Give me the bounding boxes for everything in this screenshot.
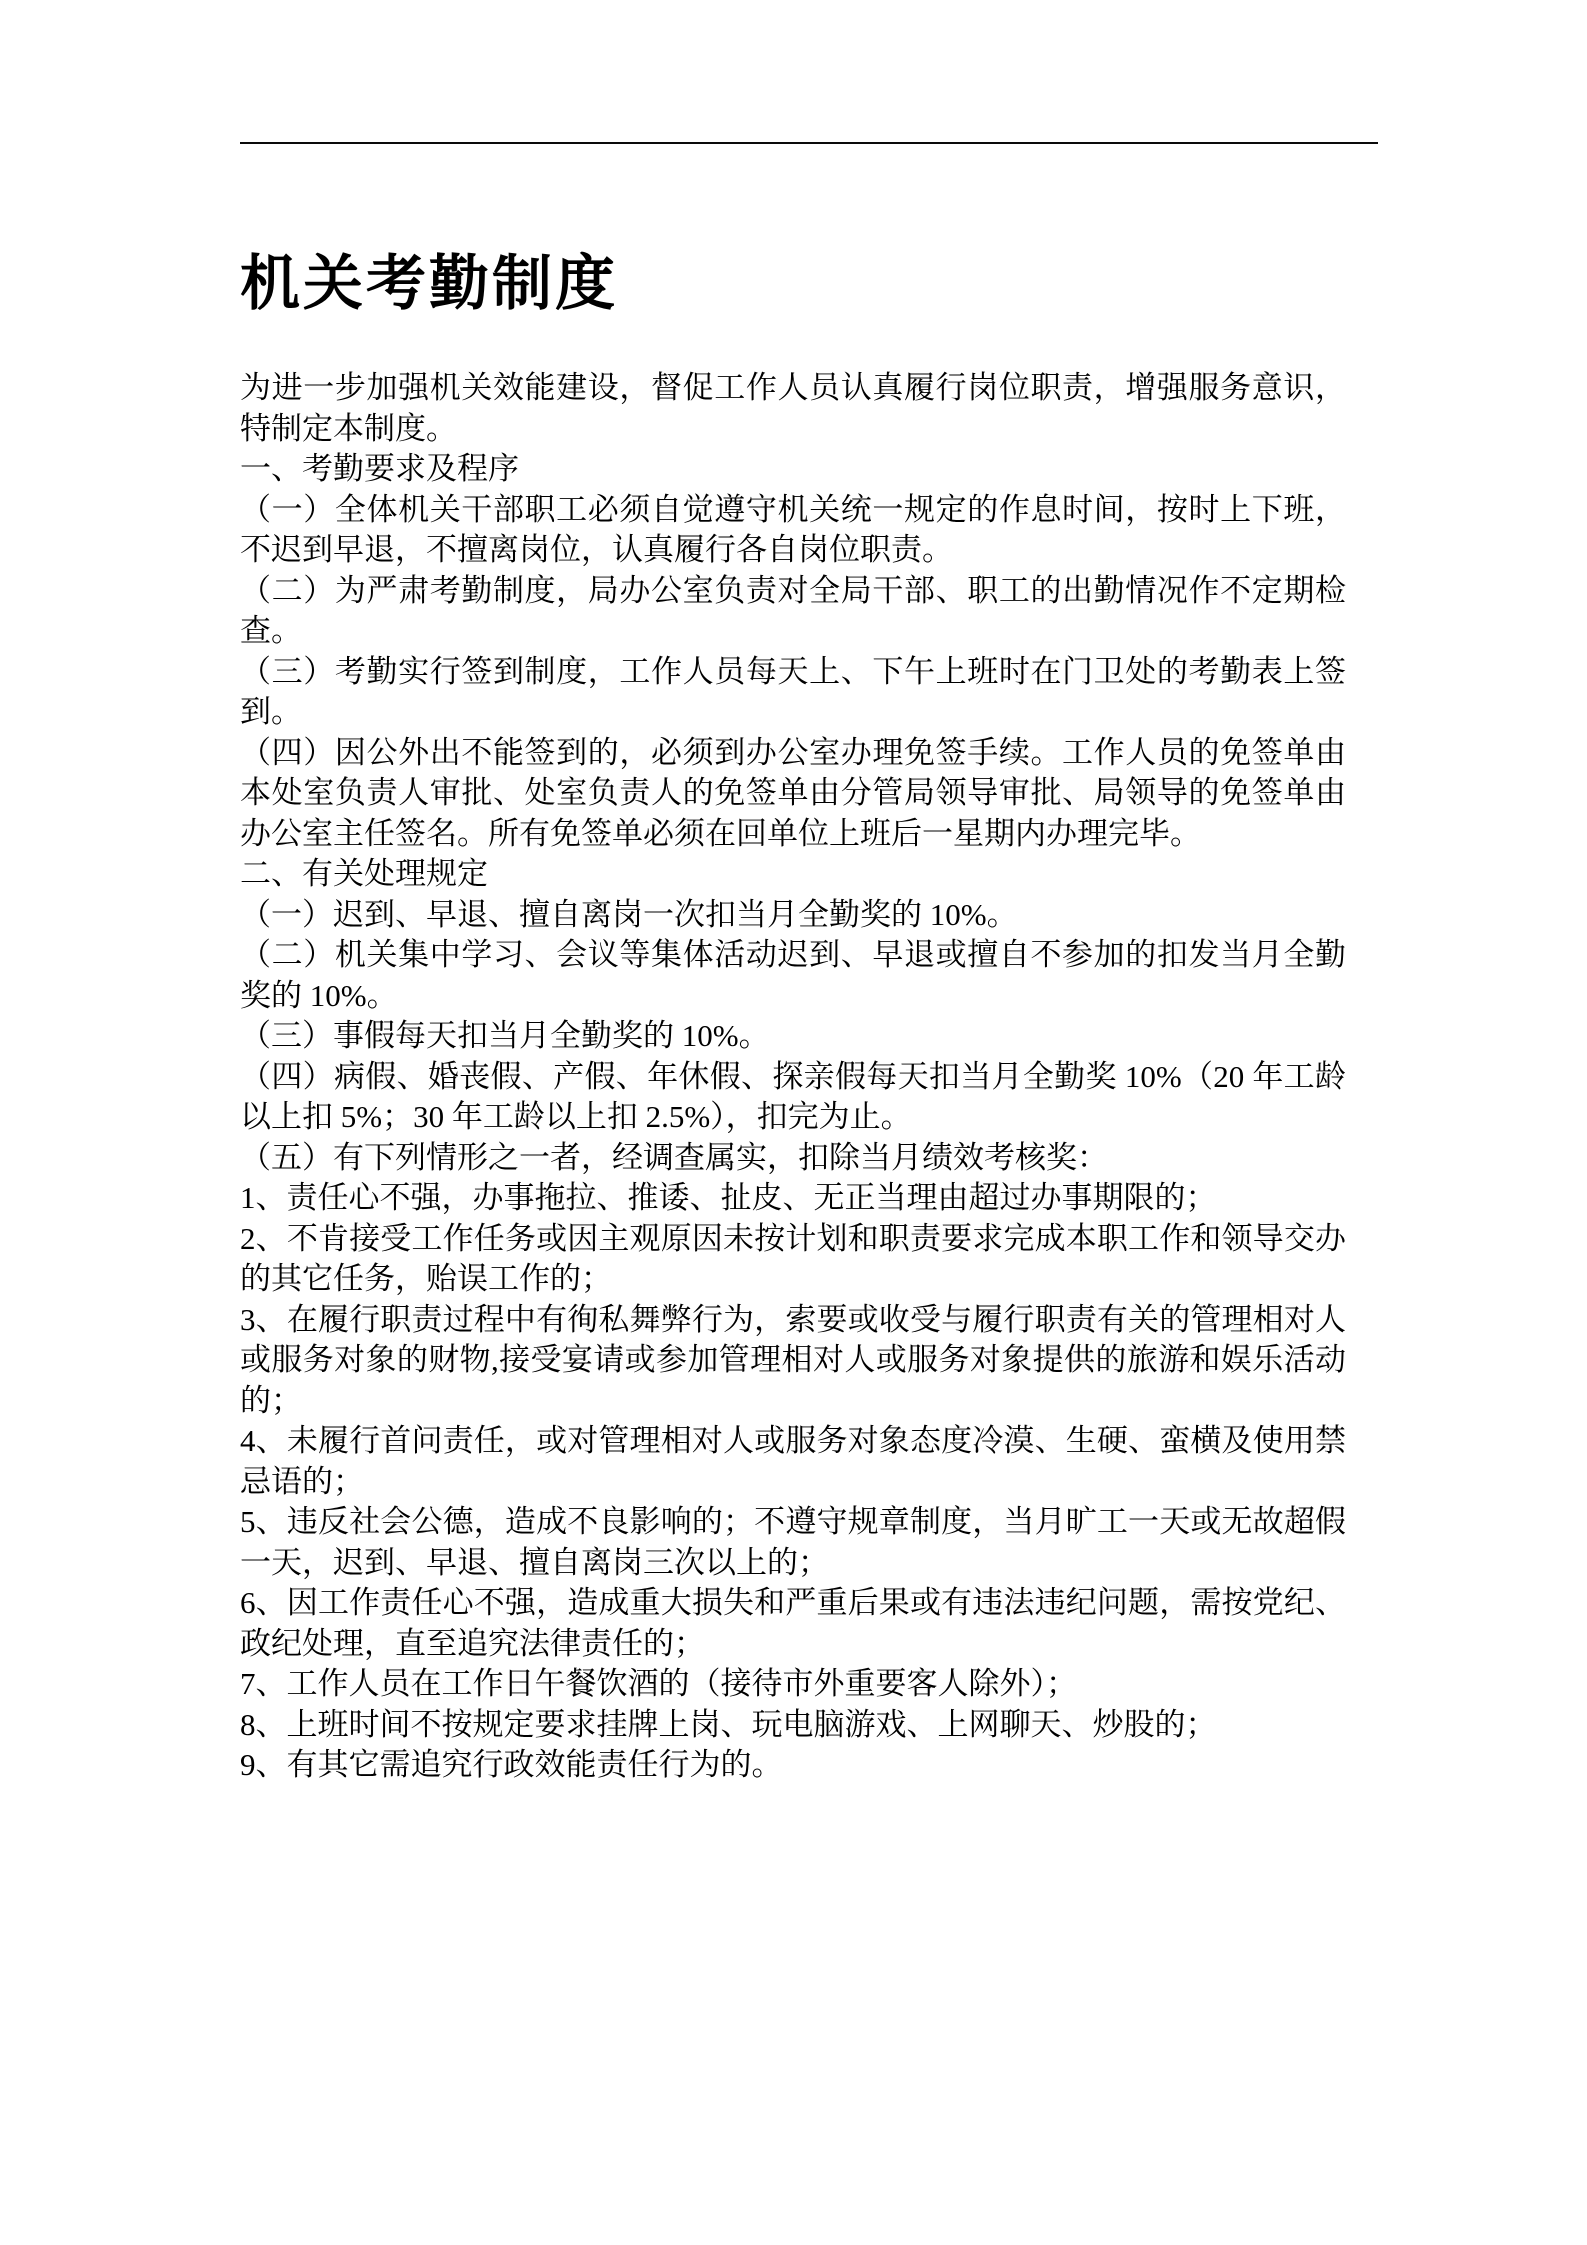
list-item-6: 6、因工作责任心不强，造成重大损失和严重后果或有违法违纪问题，需按党纪、政纪处理…: [240, 1583, 1346, 1664]
clause-2-2: （二）机关集中学习、会议等集体活动迟到、早退或擅自不参加的扣发当月全勤奖的 10…: [240, 935, 1346, 1016]
list-item-1: 1、责任心不强，办事拖拉、推诿、扯皮、无正当理由超过办事期限的；: [240, 1178, 1346, 1219]
clause-2-5: （五）有下列情形之一者，经调查属实，扣除当月绩效考核奖：: [240, 1138, 1346, 1179]
section-heading-2: 二、有关处理规定: [240, 854, 1346, 895]
clause-2-4: （四）病假、婚丧假、产假、年休假、探亲假每天扣当月全勤奖 10%（20 年工龄以…: [240, 1057, 1346, 1138]
list-item-2: 2、不肯接受工作任务或因主观原因未按计划和职责要求完成本职工作和领导交办的其它任…: [240, 1219, 1346, 1300]
list-item-9: 9、有其它需追究行政效能责任行为的。: [240, 1745, 1346, 1786]
clause-2-3: （三）事假每天扣当月全勤奖的 10%。: [240, 1016, 1346, 1057]
list-item-4: 4、未履行首问责任，或对管理相对人或服务对象态度冷漠、生硬、蛮横及使用禁忌语的；: [240, 1421, 1346, 1502]
document-body: 为进一步加强机关效能建设，督促工作人员认真履行岗位职责，增强服务意识，特制定本制…: [240, 368, 1346, 1786]
clause-1-1: （一）全体机关干部职工必须自觉遵守机关统一规定的作息时间，按时上下班，不迟到早退…: [240, 490, 1346, 571]
document-page: 机关考勤制度 为进一步加强机关效能建设，督促工作人员认真履行岗位职责，增强服务意…: [0, 0, 1587, 2245]
list-item-5: 5、违反社会公德，造成不良影响的；不遵守规章制度，当月旷工一天或无故超假一天，迟…: [240, 1502, 1346, 1583]
header-rule: [240, 142, 1378, 144]
clause-1-2: （二）为严肃考勤制度，局办公室负责对全局干部、职工的出勤情况作不定期检查。: [240, 571, 1346, 652]
document-content: 机关考勤制度 为进一步加强机关效能建设，督促工作人员认真履行岗位职责，增强服务意…: [240, 210, 1346, 1786]
list-item-7: 7、工作人员在工作日午餐饮酒的（接待市外重要客人除外）；: [240, 1664, 1346, 1705]
clause-2-1: （一）迟到、早退、擅自离岗一次扣当月全勤奖的 10%。: [240, 895, 1346, 936]
paragraph-intro: 为进一步加强机关效能建设，督促工作人员认真履行岗位职责，增强服务意识，特制定本制…: [240, 368, 1346, 449]
list-item-3: 3、在履行职责过程中有徇私舞弊行为，索要或收受与履行职责有关的管理相对人或服务对…: [240, 1300, 1346, 1422]
clause-1-4: （四）因公外出不能签到的，必须到办公室办理免签手续。工作人员的免签单由本处室负责…: [240, 733, 1346, 855]
clause-1-3: （三）考勤实行签到制度，工作人员每天上、下午上班时在门卫处的考勤表上签到。: [240, 652, 1346, 733]
page-title: 机关考勤制度: [240, 246, 1346, 322]
list-item-8: 8、上班时间不按规定要求挂牌上岗、玩电脑游戏、上网聊天、炒股的；: [240, 1705, 1346, 1746]
section-heading-1: 一、考勤要求及程序: [240, 449, 1346, 490]
